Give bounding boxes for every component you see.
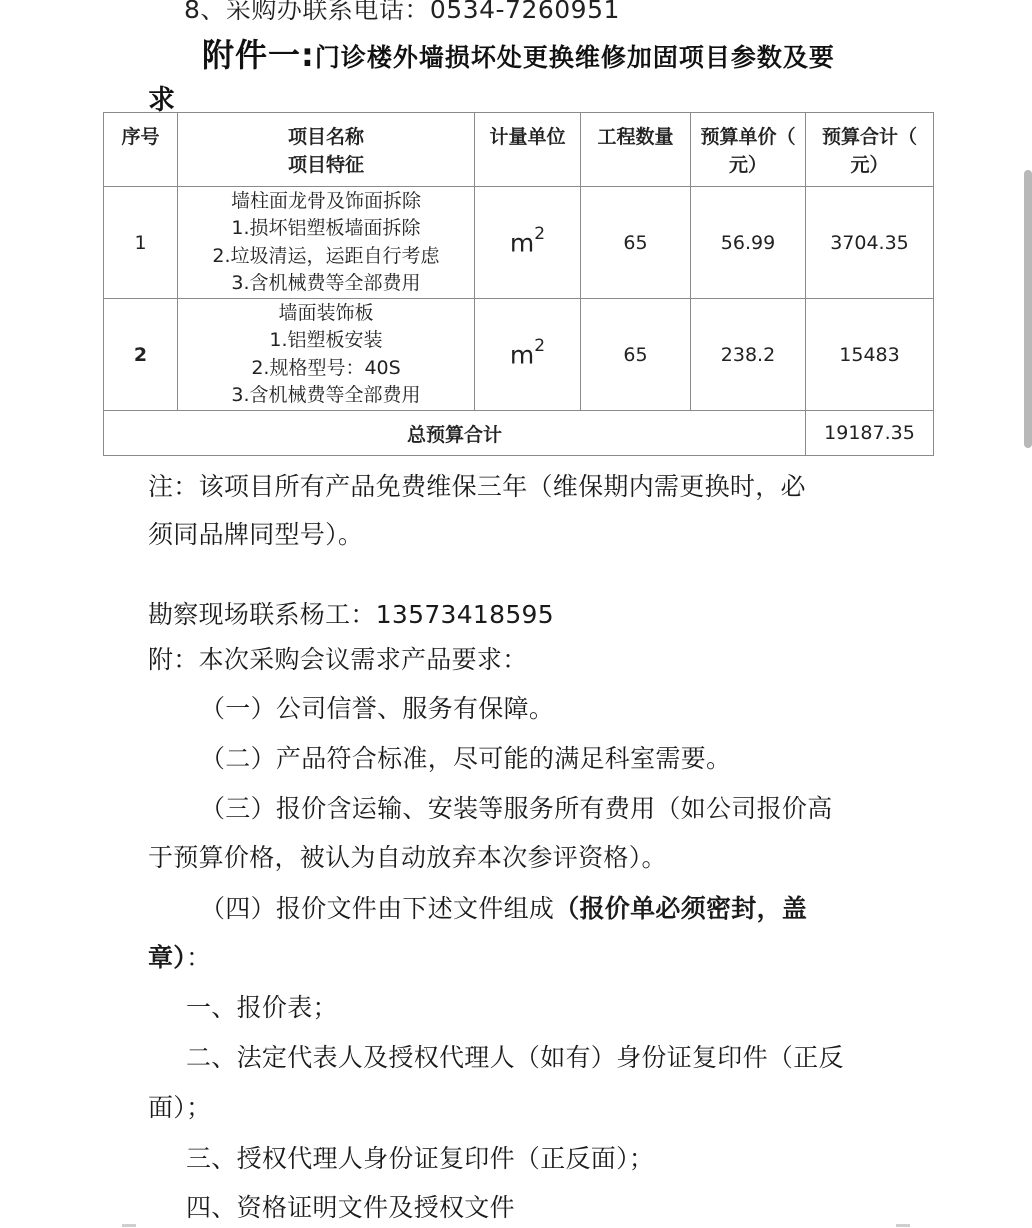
page-edge-mark-left xyxy=(122,1224,136,1227)
header-quantity-label: 工程数量 xyxy=(597,126,673,148)
header-unit: 计量单位 xyxy=(475,113,581,187)
unit-price-value: 56.99 xyxy=(721,232,775,254)
row-index-value: 2 xyxy=(134,344,147,366)
site-contact: 勘察现场联系杨工：13573418595 xyxy=(148,595,554,631)
requirement-4-line1: （四）报价文件由下述文件组成（报价单必须密封，盖 xyxy=(200,889,807,925)
total-value: 15483 xyxy=(839,344,899,366)
feature-line: 1.损坏铝塑板墙面拆除 xyxy=(178,215,474,243)
document-item-1: 一、报价表； xyxy=(186,988,338,1024)
row-unit-price: 56.99 xyxy=(691,187,806,299)
header-unit-price-line2: 元） xyxy=(691,151,805,179)
grand-total-label: 总预算合计 xyxy=(104,411,806,456)
row-features: 墙柱面龙骨及饰面拆除 1.损坏铝塑板墙面拆除 2.垃圾清运，运距自行考虑 3.含… xyxy=(178,187,475,299)
attachment-title: 附件一:门诊楼外墙损坏处更换维修加固项目参数及要 xyxy=(202,30,835,76)
header-name-line1: 项目名称 xyxy=(178,123,474,151)
header-name-line2: 项目特征 xyxy=(178,151,474,179)
feature-line: 3.含机械费等全部费用 xyxy=(178,382,474,410)
header-unit-price-line1: 预算单价（ xyxy=(691,123,805,151)
row-total: 3704.35 xyxy=(806,187,934,299)
document-item-2-line2: 面）； xyxy=(148,1088,211,1124)
attachment-title-main: 门诊楼外墙损坏处更换维修加固项目参数及要 xyxy=(315,43,835,72)
row-index: 1 xyxy=(104,187,178,299)
feature-line: 3.含机械费等全部费用 xyxy=(178,270,474,298)
header-total: 预算合计（ 元） xyxy=(806,113,934,187)
unit-base: m xyxy=(510,229,534,258)
budget-table: 序号 项目名称 项目特征 计量单位 工程数量 预算单价（ 元） 预算合计（ 元）… xyxy=(103,112,934,456)
quantity-value: 65 xyxy=(623,232,647,254)
document-item-4: 四、资格证明文件及授权文件 xyxy=(186,1188,515,1224)
row-unit: m2 xyxy=(475,299,581,411)
requirement-4-emphasis: （报价单必须密封，盖 xyxy=(554,894,807,923)
header-unit-price: 预算单价（ 元） xyxy=(691,113,806,187)
requirement-4-colon: ： xyxy=(186,943,211,972)
feature-line: 2.规格型号：40S xyxy=(178,355,474,383)
row-unit: m2 xyxy=(475,187,581,299)
header-quantity: 工程数量 xyxy=(581,113,691,187)
unit-exponent: 2 xyxy=(534,224,545,244)
table-row: 1 墙柱面龙骨及饰面拆除 1.损坏铝塑板墙面拆除 2.垃圾清运，运距自行考虑 3… xyxy=(104,187,934,299)
header-index-label: 序号 xyxy=(121,126,159,148)
requirement-3-line1: （三）报价含运输、安装等服务所有费用（如公司报价高 xyxy=(200,789,833,825)
unit-base: m xyxy=(510,341,534,370)
grand-total-value: 19187.35 xyxy=(806,411,934,456)
row-index: 2 xyxy=(104,299,178,411)
quantity-value: 65 xyxy=(623,344,647,366)
row-quantity: 65 xyxy=(581,187,691,299)
warranty-note-line1: 注：该项目所有产品免费维保三年（维保期内需更换时，必 xyxy=(148,467,806,503)
requirement-3-line2: 于预算价格，被认为自动放弃本次参评资格）。 xyxy=(148,838,667,874)
feature-line: 墙面装饰板 xyxy=(178,300,474,328)
requirement-4-line2: 章）： xyxy=(148,938,211,974)
table-header-row: 序号 项目名称 项目特征 计量单位 工程数量 预算单价（ 元） 预算合计（ 元） xyxy=(104,113,934,187)
requirement-4-text: （四）报价文件由下述文件组成 xyxy=(200,894,554,923)
header-unit-label: 计量单位 xyxy=(489,126,565,148)
grand-total-row: 总预算合计 19187.35 xyxy=(104,411,934,456)
vertical-scrollbar[interactable] xyxy=(1024,170,1032,448)
row-features: 墙面装饰板 1.铝塑板安装 2.规格型号：40S 3.含机械费等全部费用 xyxy=(178,299,475,411)
requirement-1: （一）公司信誉、服务有保障。 xyxy=(200,689,554,725)
feature-line: 2.垃圾清运，运距自行考虑 xyxy=(178,243,474,271)
row-unit-price: 238.2 xyxy=(691,299,806,411)
row-quantity: 65 xyxy=(581,299,691,411)
page-edge-mark-right xyxy=(896,1224,910,1227)
row-index-value: 1 xyxy=(134,232,146,254)
total-value: 3704.35 xyxy=(830,232,909,254)
feature-line: 1.铝塑板安装 xyxy=(178,327,474,355)
header-total-line2: 元） xyxy=(806,151,933,179)
unit-price-value: 238.2 xyxy=(721,344,775,366)
unit-exponent: 2 xyxy=(534,336,545,356)
requirement-2: （二）产品符合标准，尽可能的满足科室需要。 xyxy=(200,739,731,775)
document-item-2-line1: 二、法定代表人及授权代理人（如有）身份证复印件（正反 xyxy=(186,1038,844,1074)
document-item-3: 三、授权代理人身份证复印件（正反面）； xyxy=(186,1139,654,1175)
feature-line: 墙柱面龙骨及饰面拆除 xyxy=(178,188,474,216)
header-index: 序号 xyxy=(104,113,178,187)
header-total-line1: 预算合计（ xyxy=(806,123,933,151)
appendix-intro: 附：本次采购会议需求产品要求： xyxy=(148,640,528,676)
attachment-title-prefix: 附件一: xyxy=(202,36,315,74)
table-row: 2 墙面装饰板 1.铝塑板安装 2.规格型号：40S 3.含机械费等全部费用 m… xyxy=(104,299,934,411)
row-total: 15483 xyxy=(806,299,934,411)
requirement-4-emphasis-end: 章） xyxy=(148,943,186,972)
warranty-note-line2: 须同品牌同型号）。 xyxy=(148,515,363,551)
header-name: 项目名称 项目特征 xyxy=(178,113,475,187)
procurement-contact-line: 8、采购办联系电话：0534-7260951 xyxy=(184,0,620,26)
